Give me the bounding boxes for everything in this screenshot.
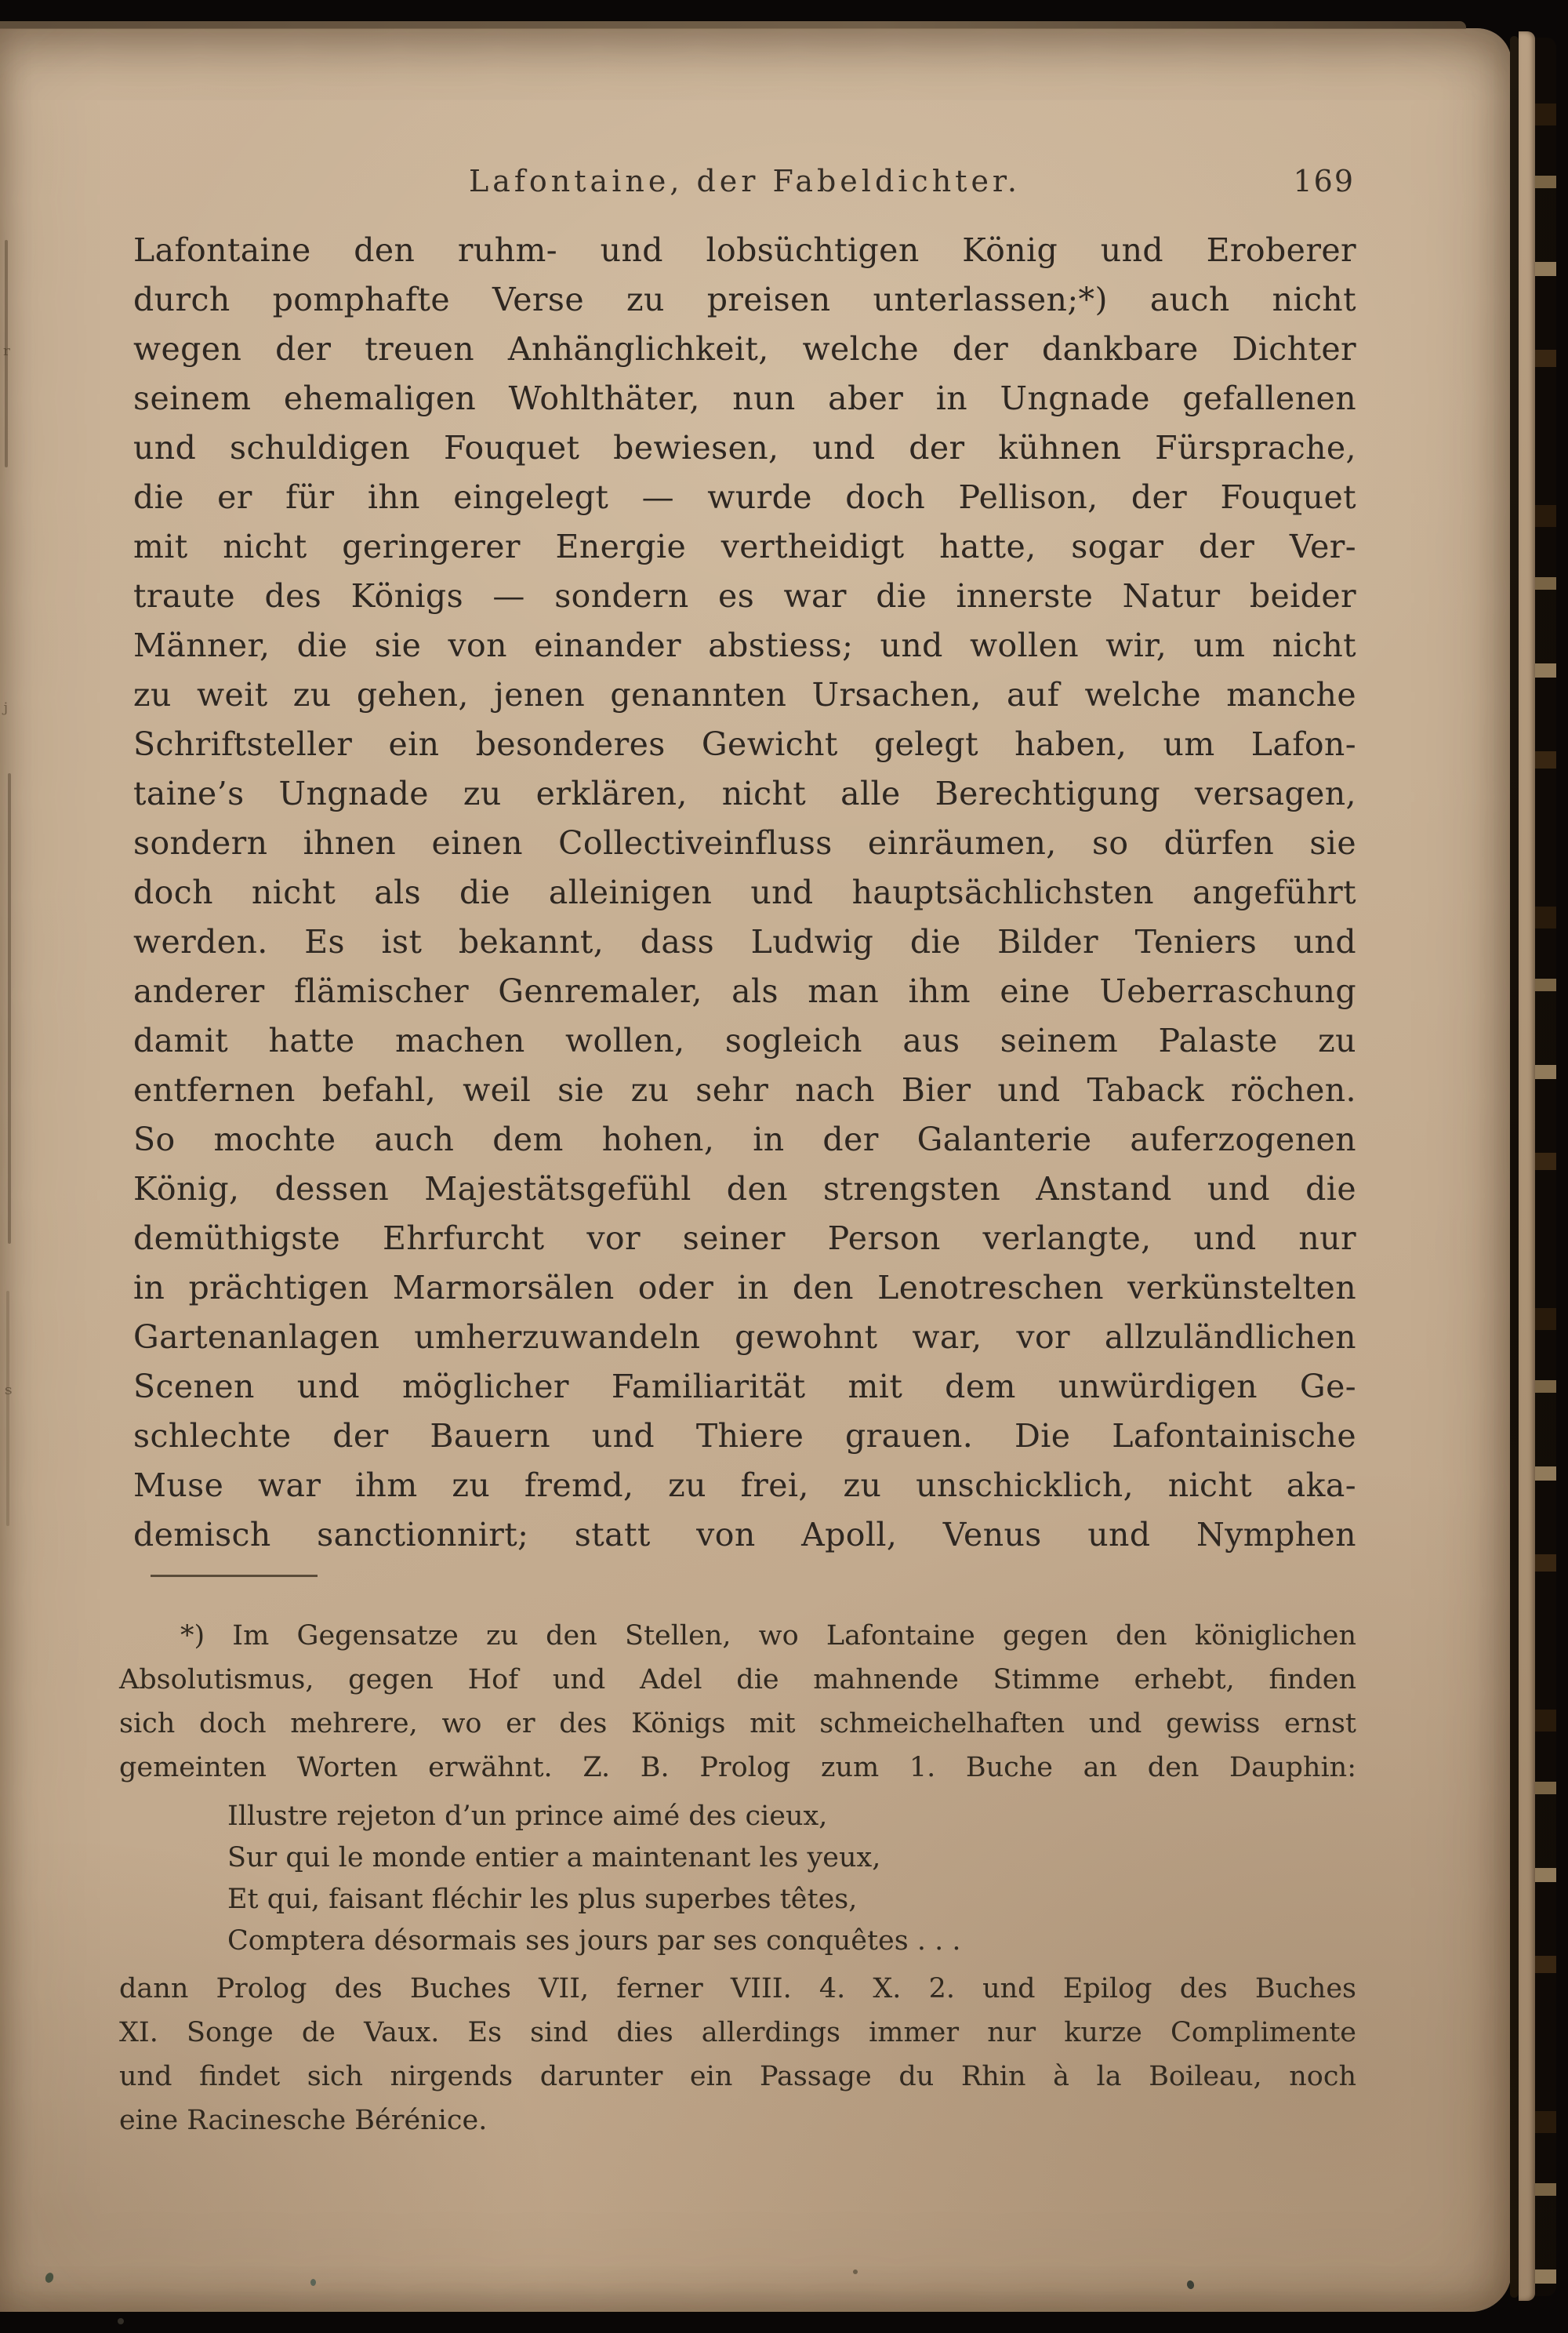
text-line: entfernen befahl, weil sie zu sehr nach …	[133, 1066, 1356, 1115]
footnote-line: *) Im Gegensatze zu den Stellen, wo Lafo…	[119, 1614, 1356, 1658]
text-line: sondern ihnen einen Collectiveinfluss ei…	[133, 819, 1356, 868]
text-line: doch nicht als die alleinigen und haupts…	[133, 868, 1356, 918]
margin-mark: ʲ	[2, 699, 8, 726]
dust-speck	[44, 2272, 55, 2284]
binding-crease	[8, 773, 11, 1244]
text-line: schlechte der Bauern und Thiere grauen. …	[133, 1412, 1356, 1461]
text-line: traute des Königs — sondern es war die i…	[133, 572, 1356, 621]
body-text: Lafontaine den ruhm- und lobsüchtigen Kö…	[133, 226, 1356, 1560]
dust-speck	[853, 2269, 858, 2274]
footnote-line: XI. Songe de Vaux. Es sind dies allerdin…	[119, 2011, 1356, 2055]
text-line: König, dessen Majestätsgefühl den streng…	[133, 1165, 1356, 1214]
text-line: Scenen und möglicher Familiarität mit de…	[133, 1362, 1356, 1412]
dust-speck	[118, 2318, 124, 2324]
text-line: zu weit zu gehen, jenen genannten Ursach…	[133, 670, 1356, 720]
margin-mark: ʳ	[3, 342, 11, 369]
text-line: und schuldigen Fouquet bewiesen, und der…	[133, 423, 1356, 473]
footnote-rule	[151, 1575, 318, 1577]
text-line: mit nicht geringerer Energie vertheidigt…	[133, 522, 1356, 572]
book-page: ʳ ʲ ˢ Lafontaine, der Fabeldichter. 169 …	[0, 28, 1512, 2312]
dust-speck	[310, 2279, 316, 2286]
text-line: seinem ehemaligen Wohlthäter, nun aber i…	[133, 374, 1356, 423]
quoted-poem: Illustre rejeton d’un prince aimé des ci…	[227, 1796, 1356, 1962]
text-line: durch pomphafte Verse zu preisen unterla…	[133, 275, 1356, 325]
text-line: damit hatte machen wollen, sogleich aus …	[133, 1016, 1356, 1066]
margin-mark: ˢ	[5, 1381, 13, 1408]
text-line: Schriftsteller ein besonderes Gewicht ge…	[133, 720, 1356, 769]
text-line: werden. Es ist bekannt, dass Ludwig die …	[133, 918, 1356, 967]
stacked-pages-edge	[1535, 38, 1556, 2296]
page-number: 169	[1293, 158, 1355, 204]
page-gap-shadow	[1510, 36, 1519, 2298]
dust-speck	[1186, 2280, 1196, 2290]
text-line: Gartenanlagen umherzuwandeln gewohnt war…	[133, 1313, 1356, 1362]
text-line: Muse war ihm zu fremd, zu frei, zu unsch…	[133, 1461, 1356, 1510]
poem-line: Comptera désormais ses jours par ses con…	[227, 1921, 1356, 1962]
text-line: die er für ihn eingelegt — wurde doch Pe…	[133, 473, 1356, 522]
poem-line: Et qui, faisant fléchir les plus superbe…	[227, 1879, 1356, 1921]
text-line: wegen der treuen Anhänglichkeit, welche …	[133, 325, 1356, 374]
text-line: taine’s Ungnade zu erklären, nicht alle …	[133, 769, 1356, 819]
running-head: Lafontaine, der Fabeldichter. 169	[133, 158, 1356, 204]
next-page-edge	[1519, 31, 1535, 2301]
footnote-line: gemeinten Worten erwähnt. Z. B. Prolog z…	[119, 1746, 1356, 1790]
poem-line: Illustre rejeton d’un prince aimé des ci…	[227, 1796, 1356, 1837]
footnote: *) Im Gegensatze zu den Stellen, wo Lafo…	[119, 1614, 1356, 2142]
text-line: anderer flämischer Genremaler, als man i…	[133, 967, 1356, 1016]
text-line: in prächtigen Marmorsälen oder in den Le…	[133, 1263, 1356, 1313]
text-line: So mochte auch dem hohen, in der Galante…	[133, 1115, 1356, 1165]
poem-line: Sur qui le monde entier a maintenant les…	[227, 1837, 1356, 1879]
footnote-line: sich doch mehrere, wo er des Königs mit …	[119, 1702, 1356, 1746]
footnote-line: Absolutismus, gegen Hof und Adel die mah…	[119, 1658, 1356, 1702]
text-line: demisch sanctionnirt; statt von Apoll, V…	[133, 1510, 1356, 1560]
binding-crease	[6, 1291, 9, 1526]
page-title: Lafontaine, der Fabeldichter.	[133, 158, 1356, 204]
book-photo: ʳ ʲ ˢ Lafontaine, der Fabeldichter. 169 …	[0, 0, 1568, 2333]
footnote-line: dann Prolog des Buches VII, ferner VIII.…	[119, 1967, 1356, 2011]
footnote-line: und findet sich nirgends darunter ein Pa…	[119, 2055, 1356, 2099]
text-line: demüthigste Ehrfurcht vor seiner Person …	[133, 1214, 1356, 1263]
text-line: Lafontaine den ruhm- und lobsüchtigen Kö…	[133, 226, 1356, 275]
footnote-line: eine Racinesche Bérénice.	[119, 2099, 1356, 2142]
text-line: Männer, die sie von einander abstiess; u…	[133, 621, 1356, 670]
